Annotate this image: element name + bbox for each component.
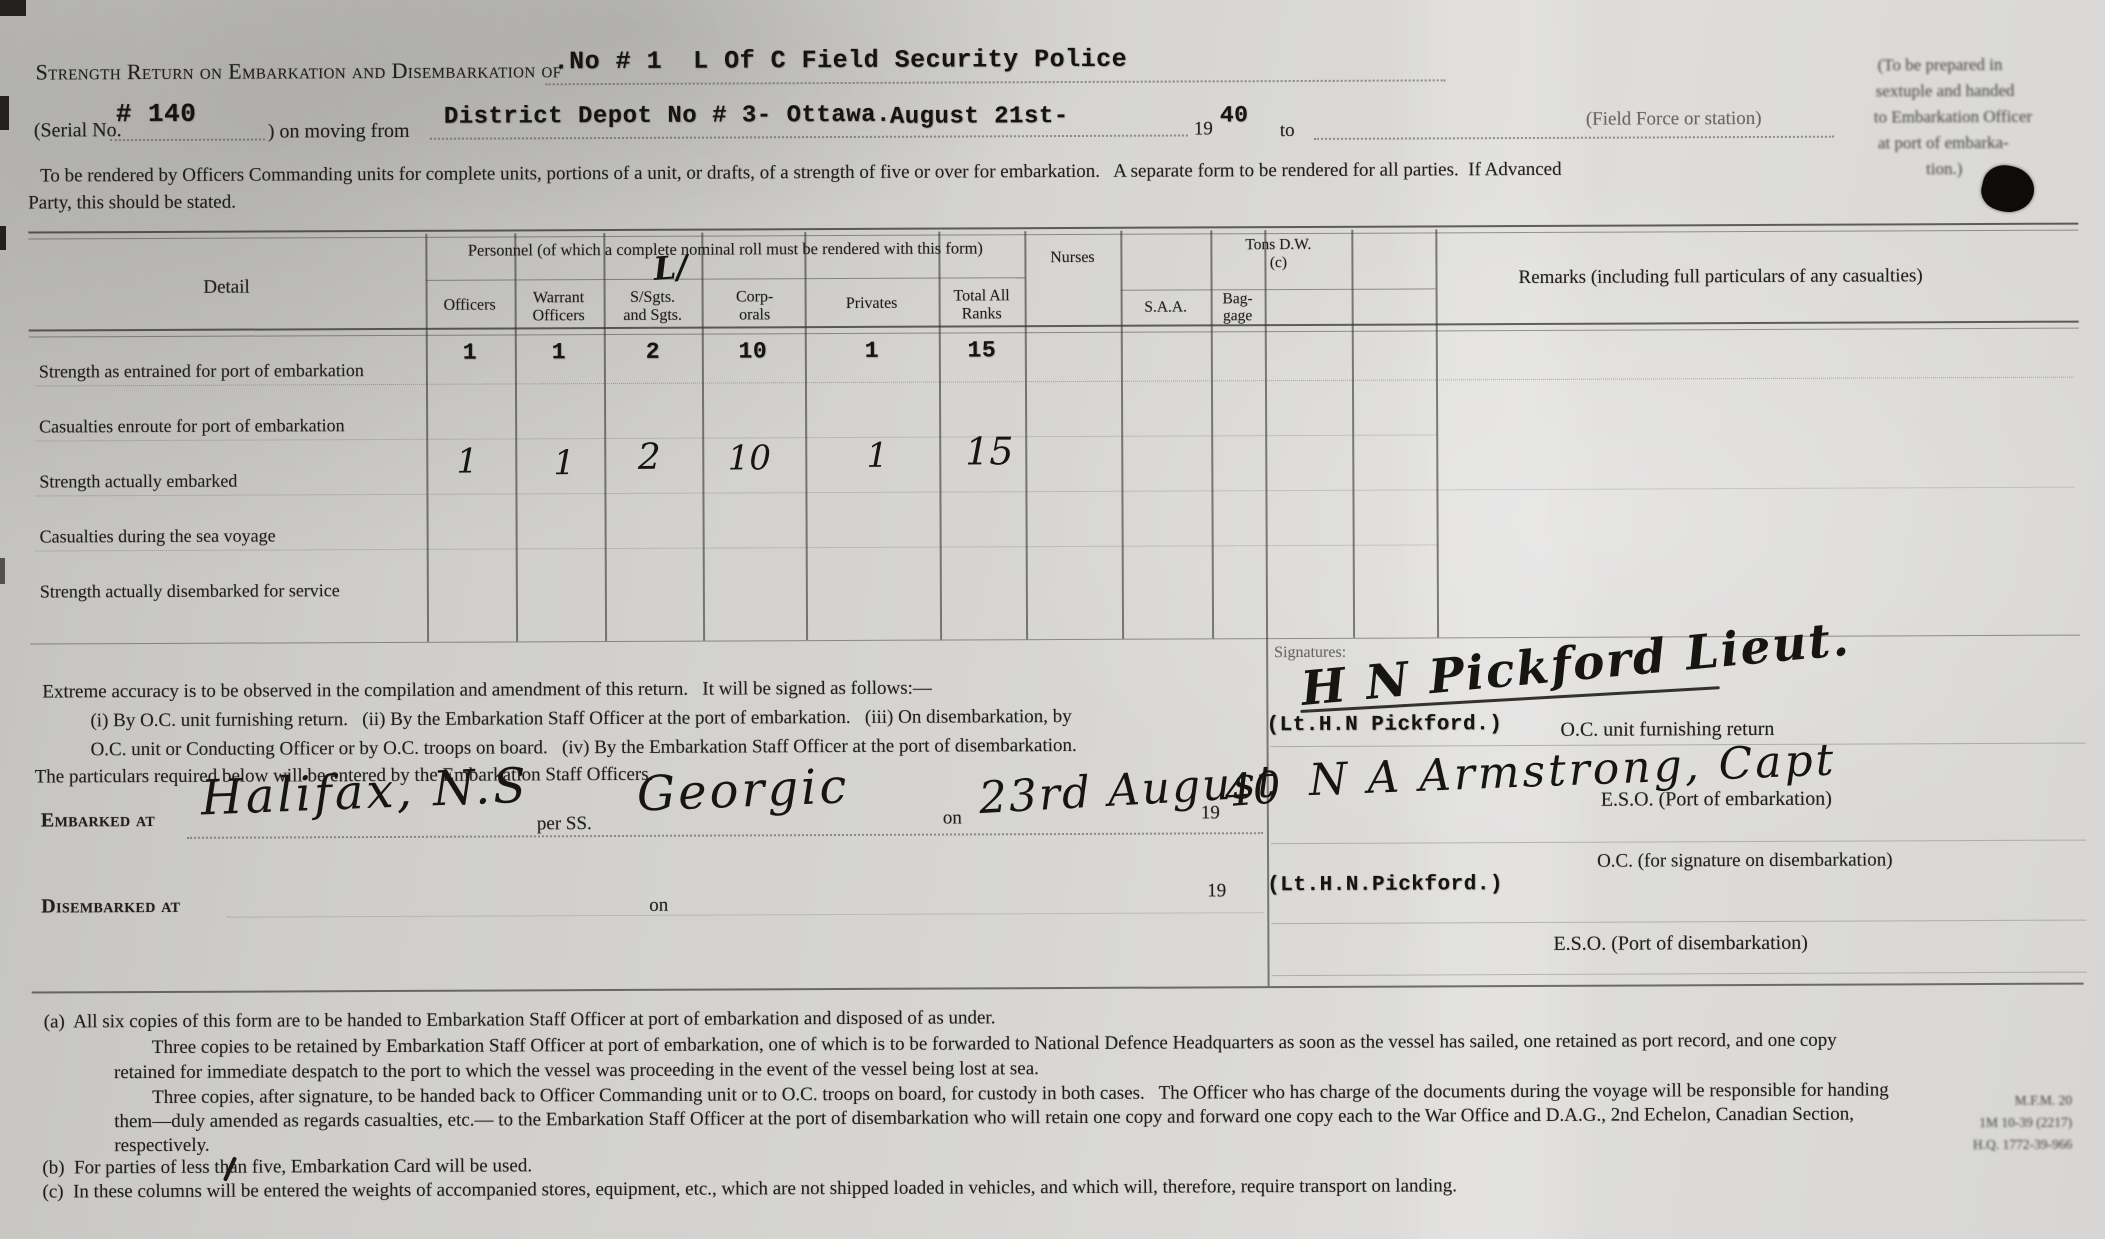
cell-value-handwritten: 1 (553, 443, 575, 483)
table-header-border (29, 321, 2079, 338)
signature-rule (1271, 840, 2086, 845)
oc-signature-handwritten: H N Pickford Lieut. (1299, 612, 1853, 717)
column-header-saa: S.A.A. (1126, 298, 1206, 316)
accuracy-line3: O.C. unit or Conducting Officer or by O.… (91, 735, 1077, 761)
row-label: Casualties enroute for port of embarkati… (39, 415, 344, 437)
table-column-line (701, 233, 705, 641)
column-header-officers: Officers (430, 296, 510, 314)
embarked-at-label: Embarked at (41, 809, 155, 832)
moving-date-typed: August 21st- (890, 103, 1069, 131)
note-b-line: (b) For parties of less than five, Embar… (42, 1155, 532, 1179)
notes-separator-line (32, 983, 2084, 994)
year-printed: 19 (1194, 118, 1213, 140)
prepare-note-line: sextuple and handed (1876, 81, 2015, 102)
render-note-line2: Party, this should be stated. (28, 192, 236, 215)
cell-value-handwritten: 1 (456, 442, 478, 482)
lance-corporal-handwritten-mark: L/ (652, 248, 689, 288)
dotted-rule (1314, 136, 1834, 140)
cell-value: 2 (646, 339, 660, 365)
accuracy-line2: (i) By O.C. unit furnishing return. (ii)… (90, 706, 1071, 732)
cell-value: 1 (865, 338, 879, 364)
table-column-line (1435, 229, 1439, 637)
prepare-note-line: tion.) (1926, 159, 1962, 179)
disembarked-at-label: Disembarked at (41, 895, 180, 919)
eso-disembark-role-label: E.S.O. (Port of disembarkation) (1553, 932, 1808, 956)
ship-name-handwritten: Georgic (636, 758, 851, 822)
tons-group-underline (1121, 288, 1436, 290)
embark-year-printed: 19 (1201, 802, 1220, 824)
form-code-line: 1M 10-39 (2217) (1902, 1115, 2072, 1132)
disembark-year-printed: 19 (1207, 880, 1226, 902)
remarks-column-header: Remarks (including full particulars of a… (1518, 265, 1922, 289)
note-c-line: (c) In these columns will be entered the… (42, 1175, 1457, 1203)
oc-disembark-name-typed: (Lt.H.N.Pickford.) (1267, 873, 1503, 897)
serial-no-value: # 140 (116, 99, 197, 129)
table-column-line (804, 232, 808, 640)
personnel-group-header: Personnel (of which a complete nominal r… (445, 239, 1005, 260)
prepare-note-line: (To be prepared in (1878, 55, 2003, 76)
cell-value-handwritten: 10 (728, 438, 771, 478)
on-moving-from-label: ) on moving from (268, 120, 410, 144)
cell-value-handwritten: 2 (638, 437, 661, 478)
tons-dw-group-header: Tons D.W. (c) (1238, 236, 1318, 272)
eso-role-label: E.S.O. (Port of embarkation) (1601, 788, 1832, 812)
table-top-border (28, 223, 2078, 240)
row-label: Casualties during the sea voyage (40, 525, 276, 547)
dotted-rule (430, 134, 1188, 139)
accuracy-line1: Extreme accuracy is to be observed in th… (42, 678, 932, 704)
detail-column-header: Detail (203, 277, 250, 299)
to-label: to (1280, 120, 1295, 142)
column-header-ssgts: S/Sgts. and Sgts. (618, 289, 688, 325)
column-header-total-all-ranks: Total All Ranks (950, 287, 1014, 323)
note-a-line: retained for immediate despatch to the p… (114, 1058, 1039, 1084)
column-header-baggage: Bag-gage (1215, 290, 1261, 325)
embark-year-handwritten: 40 (1223, 762, 1283, 817)
field-force-label: (Field Force or station) (1586, 108, 1762, 131)
prepare-note-line: at port of embarka- (1878, 133, 2009, 154)
table-column-line-signature-box-edge (1264, 230, 1269, 986)
disembark-on-label: on (649, 895, 668, 917)
dotted-rule (227, 912, 1263, 918)
column-header-nurses: Nurses (1032, 249, 1112, 267)
note-a-line: (a) All six copies of this form are to b… (44, 1007, 996, 1033)
embarked-place-handwritten: Halifax, N.S (200, 758, 530, 827)
row-label: Strength as entrained for port of embark… (39, 360, 364, 382)
column-header-privates: Privates (827, 295, 917, 313)
prepare-note-line: to Embarkation Officer (1874, 107, 2032, 128)
form-code-line: M.F.M. 20 (1902, 1093, 2072, 1110)
moving-from-typed: District Depot No # 3- Ottawa. (444, 102, 891, 131)
cell-value-handwritten: 1 (866, 436, 888, 476)
row-label: Strength actually disembarked for servic… (40, 580, 340, 602)
cell-value: 1 (552, 339, 566, 365)
row-rule (35, 487, 2074, 497)
cell-value: 15 (967, 337, 996, 363)
form-title: Strength Return on Embarkation and Disem… (36, 57, 562, 85)
cell-value: 10 (738, 338, 767, 364)
dotted-rule (546, 79, 1446, 85)
dotted-rule (110, 139, 265, 142)
row-label: Strength actually embarked (39, 471, 237, 493)
dotted-rule (187, 832, 1263, 839)
signature-rule (1271, 920, 2086, 925)
signature-rule (1272, 972, 2087, 977)
form-content: Strength Return on Embarkation and Disem… (0, 0, 2105, 1239)
render-note-line1: To be rendered by Officers Commanding un… (40, 159, 1562, 188)
oc-disembark-role-label: O.C. (for signature on disembarkation) (1597, 849, 1893, 872)
table-column-line (514, 233, 518, 641)
on-label: on (943, 807, 962, 829)
table-column-line (425, 234, 429, 642)
year-typed: 40 (1220, 102, 1249, 128)
unit-name-typed: .No # 1 L Of C Field Security Police (554, 45, 1128, 77)
serial-no-label: (Serial No. (34, 119, 122, 142)
cell-value-handwritten: 15 (965, 429, 1014, 473)
column-header-corporals: Corp-orals (727, 288, 783, 324)
form-code-line: H.Q. 1772-39-966 (1902, 1137, 2072, 1154)
oc-name-typed: (Lt.H.N Pickford.) (1266, 713, 1502, 737)
column-header-warrant-officers: Warrant Officers (523, 289, 595, 325)
per-ss-label: per SS. (537, 813, 592, 835)
scanned-form-page: Strength Return on Embarkation and Disem… (0, 0, 2105, 1239)
cell-value: 1 (463, 340, 477, 366)
note-a-line: Three copies to be retained by Embarkati… (152, 1030, 1837, 1059)
note-a-line: respectively. (114, 1135, 209, 1157)
